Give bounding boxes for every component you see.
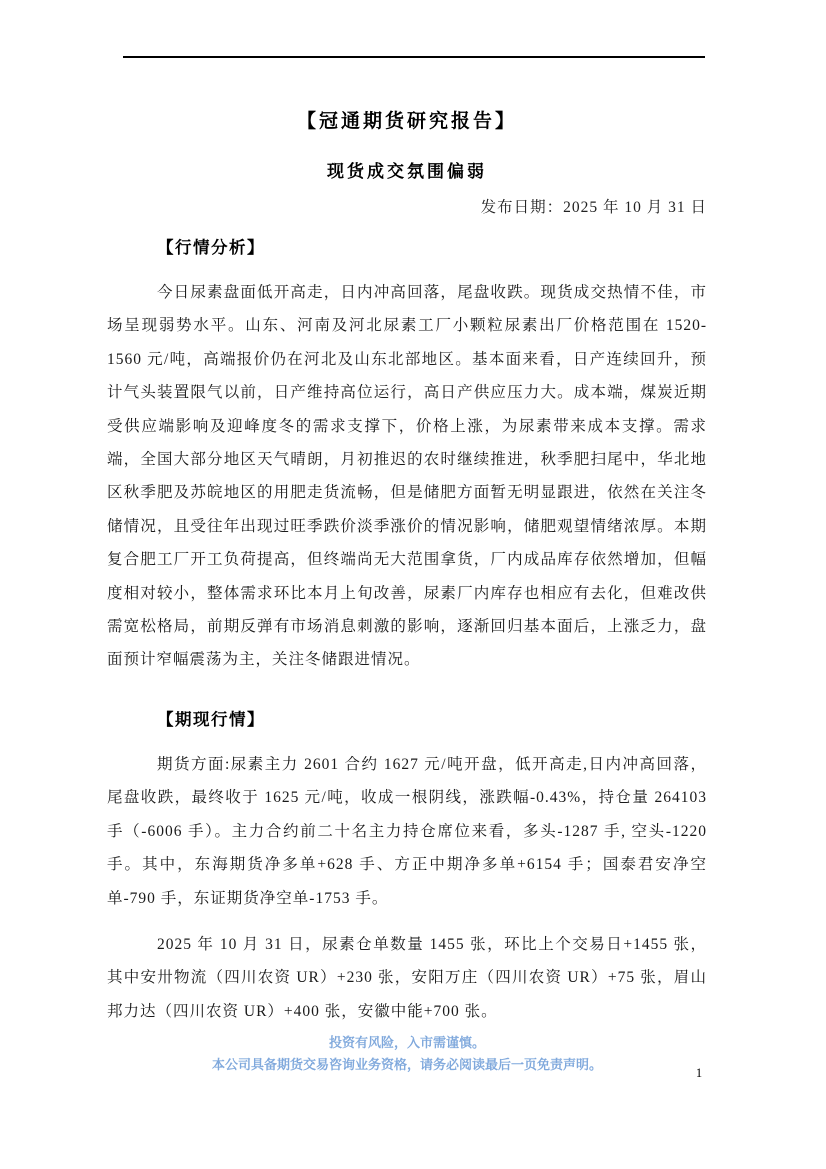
- market-analysis-paragraph: 今日尿素盘面低开高走，日内冲高回落，尾盘收跌。现货成交热情不佳，市场呈现弱势水平…: [107, 276, 707, 677]
- report-title: 【冠通期货研究报告】: [107, 106, 707, 133]
- risk-warning: 投资有风险，入市需谨慎。: [107, 1032, 707, 1051]
- section-heading-futures-spot: 【期现行情】: [107, 706, 707, 730]
- warehouse-receipts-paragraph: 2025 年 10 月 31 日，尿素仓单数量 1455 张，环比上个交易日+1…: [107, 928, 707, 1028]
- page-number: 1: [688, 1066, 710, 1081]
- report-page: 【冠通期货研究报告】 现货成交氛围偏弱 发布日期：2025 年 10 月 31 …: [0, 0, 826, 1169]
- disclaimer: 本公司具备期货交易咨询业务资格，请务必阅读最后一页免责声明。: [107, 1054, 707, 1073]
- report-subtitle: 现货成交氛围偏弱: [107, 157, 707, 182]
- section-heading-market-analysis: 【行情分析】: [107, 234, 707, 258]
- futures-market-paragraph: 期货方面:尿素主力 2601 合约 1627 元/吨开盘，低开高走,日内冲高回落…: [107, 748, 707, 915]
- publish-date: 发布日期：2025 年 10 月 31 日: [107, 195, 707, 217]
- header-rule: [123, 56, 705, 58]
